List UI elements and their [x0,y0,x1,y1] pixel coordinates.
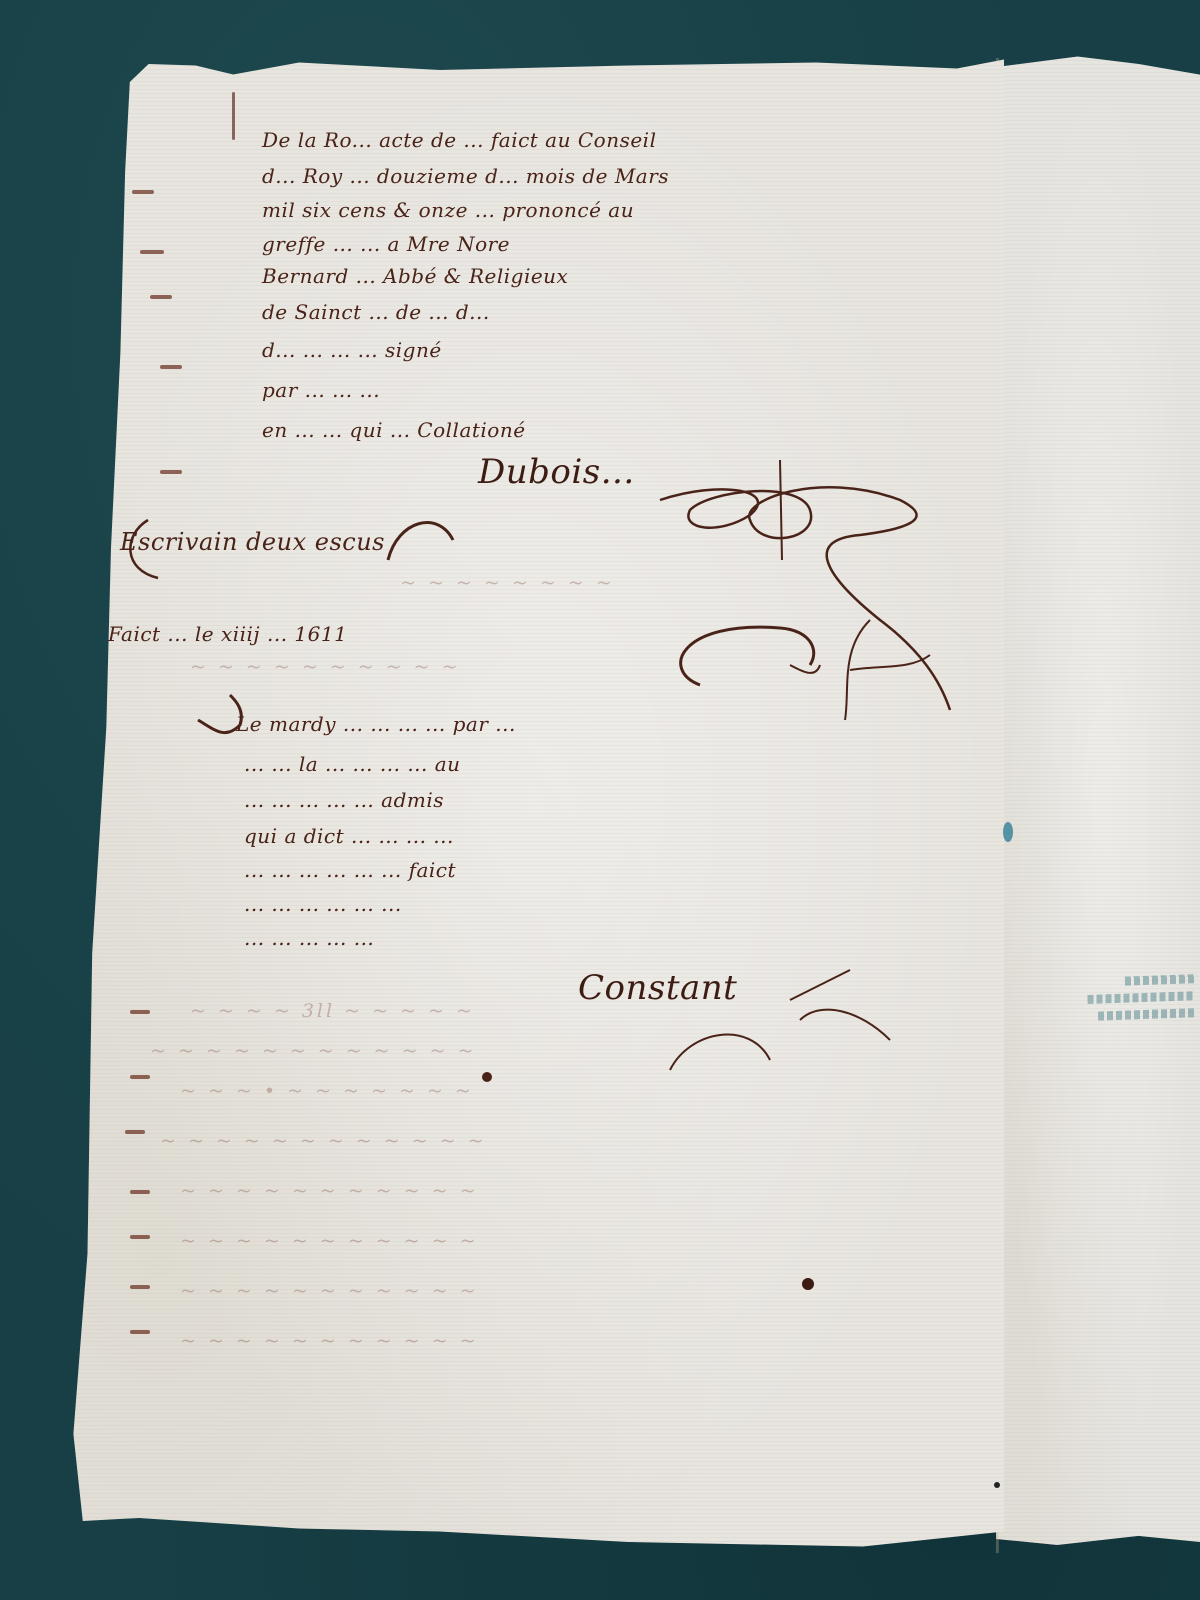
bleed-through-text: ~ ~ ~ ~ ~ ~ ~ ~ ~ ~ ~ [180,1230,479,1252]
text-line: de Sainct ... de ... d... [262,300,490,324]
date-line: Faict ... le xiiij ... 1611 [108,622,347,646]
text-line: ... ... ... ... ... ... [244,892,402,916]
text-line: greffe ... ... a Mre Nore [262,232,510,256]
text-line: ... ... la ... ... ... ... au [244,752,461,776]
text-line: en ... ... qui ... Collationé [262,418,526,442]
margin-dash [150,295,172,299]
text-line: ... ... ... ... ... [244,926,374,950]
text-line: Le mardy ... ... ... ... par ... [236,712,516,736]
margin-dash [140,250,164,254]
margin-dash [125,1130,145,1134]
text-line: ... ... ... ... ... ... faict [244,858,456,882]
ink-blot [482,1072,492,1082]
margin-dash [130,1010,150,1014]
margin-dash [132,190,154,194]
bleed-through-text: ~ ~ ~ ~ ~ ~ ~ ~ ~ ~ ~ [180,1330,479,1352]
margin-dash [160,365,182,369]
bleed-through-text: ~ ~ ~ ~ ~ ~ ~ ~ [400,572,615,594]
text-line: ... ... ... ... ... admis [244,788,444,812]
signature: Constant [578,968,737,1008]
ink-blot [802,1278,814,1290]
adjacent-folio [996,52,1200,1557]
fold-hole [994,1482,1000,1488]
text-line: Bernard ... Abbé & Religieux [262,264,568,288]
blue-ink-stain [1003,822,1013,842]
margin-stroke [232,92,235,140]
text-line: De la Ro... acte de ... faict au Conseil [262,128,656,152]
text-line: qui a dict ... ... ... ... [244,824,454,848]
text-line: mil six cens & onze ... prononcé au [262,198,634,222]
bleed-through-text: ~ ~ ~ ~ ~ ~ ~ ~ ~ ~ ~ [180,1280,479,1302]
bleed-through-text: ~ ~ ~ ~ ~ ~ ~ ~ ~ ~ [190,656,461,678]
text-line: d... ... ... ... signé [262,338,442,362]
heading-fee: Escrivain deux escus [120,528,385,556]
bleed-through-text: ~ ~ ~ ~ ~ ~ ~ ~ ~ ~ ~ ~ [160,1130,486,1152]
archive-stamp [1086,966,1200,1060]
margin-dash [130,1190,150,1194]
bleed-through-text: ~ ~ ~ ~ ~ ~ ~ ~ ~ ~ ~ ~ [150,1040,476,1062]
margin-dash [130,1235,150,1239]
margin-dash [160,470,182,474]
margin-dash [130,1075,150,1079]
signature: Dubois... [478,452,635,492]
margin-dash [130,1330,150,1334]
bleed-through-text: ~ ~ ~ ~ ~ ~ ~ ~ ~ ~ ~ [180,1180,479,1202]
bleed-through-text: ~ ~ ~ ~ 3ll ~ ~ ~ ~ ~ [190,1000,475,1022]
text-line: par ... ... ... [262,378,380,402]
bleed-through-text: ~ ~ ~ • ~ ~ ~ ~ ~ ~ ~ [180,1080,474,1102]
margin-dash [130,1285,150,1289]
text-line: d... Roy ... douzieme d... mois de Mars [262,164,669,188]
